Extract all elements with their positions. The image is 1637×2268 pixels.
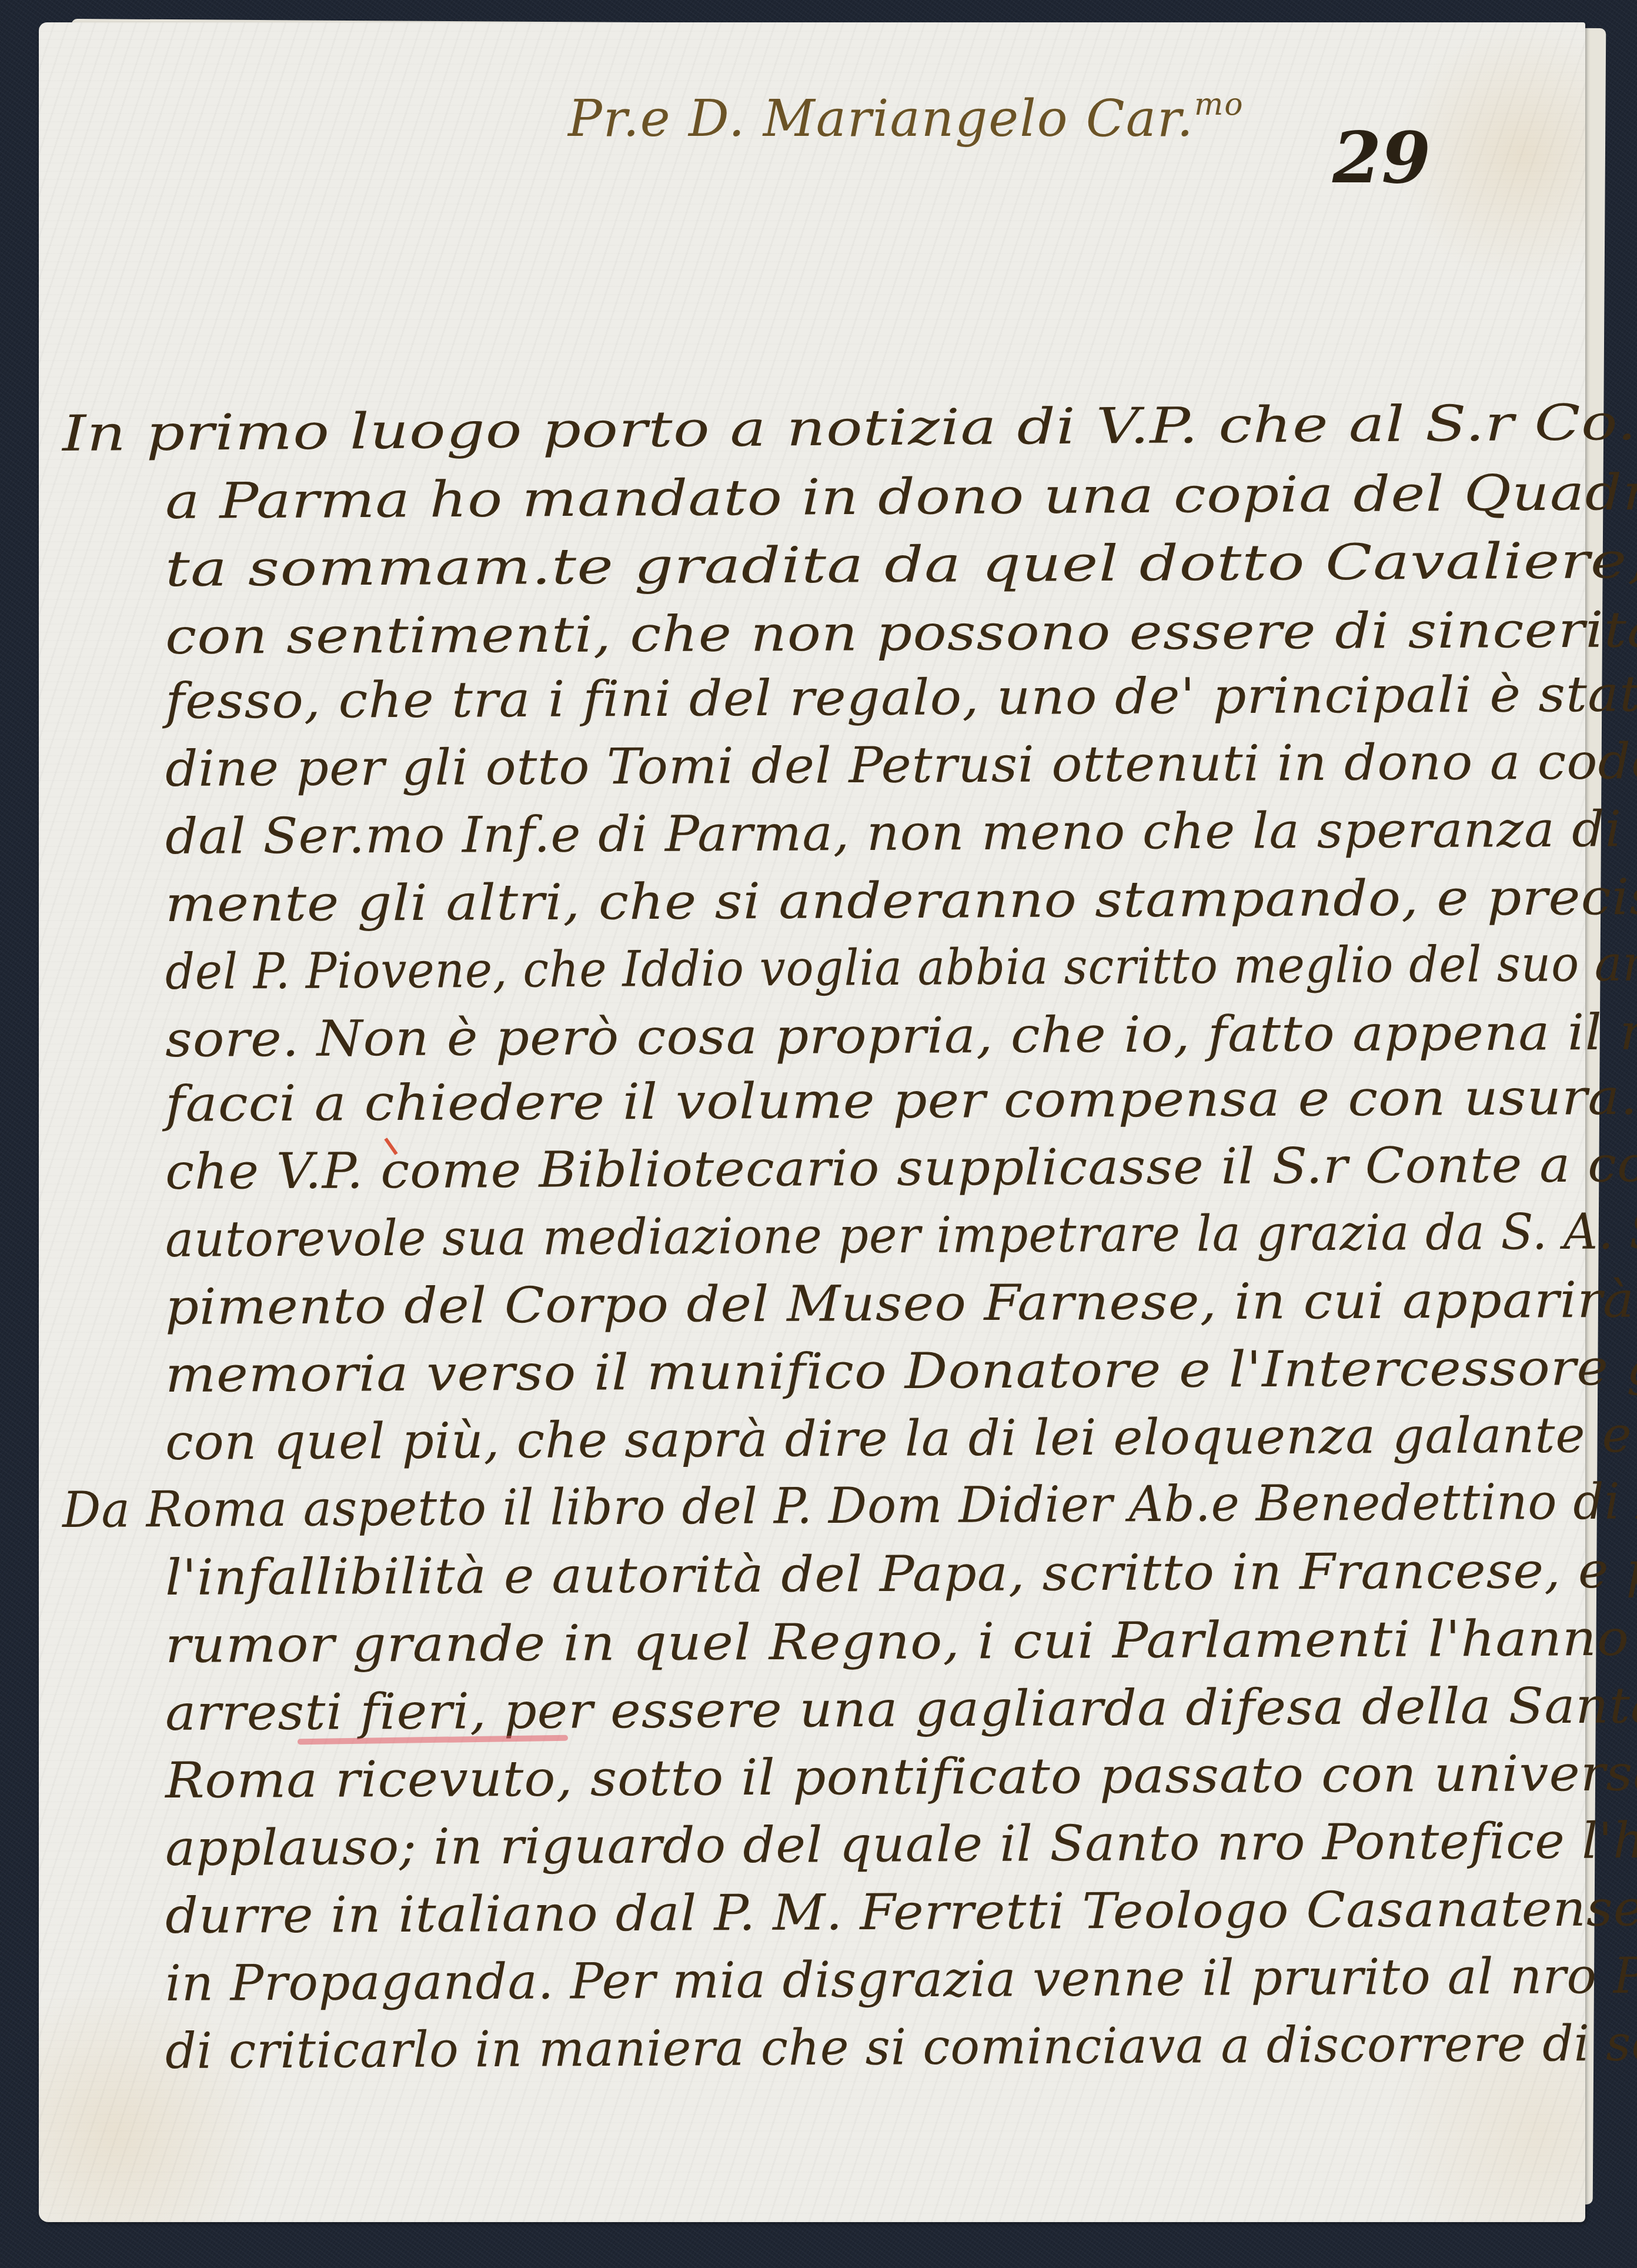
text-line: Roma ricevuto, sotto il pontificato pass… xyxy=(165,1743,1637,1809)
heading-text: Pr.e D. Mariangelo Car. xyxy=(568,89,1194,148)
text-line: di criticarlo in maniera che si comincia… xyxy=(165,2013,1637,2080)
text-line: fesso, che tra i fini del regalo, uno de… xyxy=(165,663,1637,730)
text-line: durre in italiano dal P. M. Ferretti Teo… xyxy=(165,1877,1637,1945)
folio-number: 29 xyxy=(1332,116,1431,199)
letter-heading: Pr.e D. Mariangelo Car.mo xyxy=(568,87,1244,148)
text-line: applauso; in riguardo del quale il Santo… xyxy=(165,1810,1637,1877)
text-line: con sentimenti, che non possono essere d… xyxy=(165,598,1637,665)
text-line: In primo luogo porto a notizia di V.P. c… xyxy=(62,389,1637,462)
text-line: rumor grande in quel Regno, i cui Parlam… xyxy=(165,1607,1637,1674)
text-line: arresti fieri, per essere una gagliarda … xyxy=(165,1675,1637,1742)
text-line: sore. Non è però cosa propria, che io, f… xyxy=(165,1002,1637,1068)
text-line: che V.P. come Bibliotecario supplicasse … xyxy=(165,1134,1637,1200)
text-line: dine per gli otto Tomi del Petrusi otten… xyxy=(165,731,1637,798)
text-line: dal Ser.mo Inf.e di Parma, non meno che … xyxy=(165,798,1637,865)
text-line: Da Roma aspetto il libro del P. Dom Didi… xyxy=(62,1471,1637,1539)
text-line: in Propaganda. Per mia disgrazia venne i… xyxy=(165,1945,1637,2012)
text-line: l'infallibilità e autorità del Papa, scr… xyxy=(165,1539,1637,1606)
text-line: mente gli altri, che si anderanno stampa… xyxy=(165,866,1637,933)
text-line: del P. Piovene, che Iddio voglia abbia s… xyxy=(165,933,1637,1000)
text-line: autorevole sua mediazione per impetrare … xyxy=(165,1200,1637,1268)
heading-superscript: mo xyxy=(1194,87,1244,122)
text-line: facci a chiedere il volume per compensa … xyxy=(165,1066,1637,1133)
text-line: con quel più, che saprà dire la di lei e… xyxy=(165,1405,1637,1471)
text-line: a Parma ho mandato in dono una copia del… xyxy=(165,461,1637,530)
text-line: pimento del Corpo del Museo Farnese, in … xyxy=(165,1269,1637,1336)
manuscript-page: Pr.e D. Mariangelo Car.mo 29 In primo lu… xyxy=(39,22,1585,2222)
text-line: ta sommam.te gradita da quel dotto Caval… xyxy=(165,529,1637,598)
text-line: memoria verso il munifico Donatore e l'I… xyxy=(165,1337,1637,1403)
